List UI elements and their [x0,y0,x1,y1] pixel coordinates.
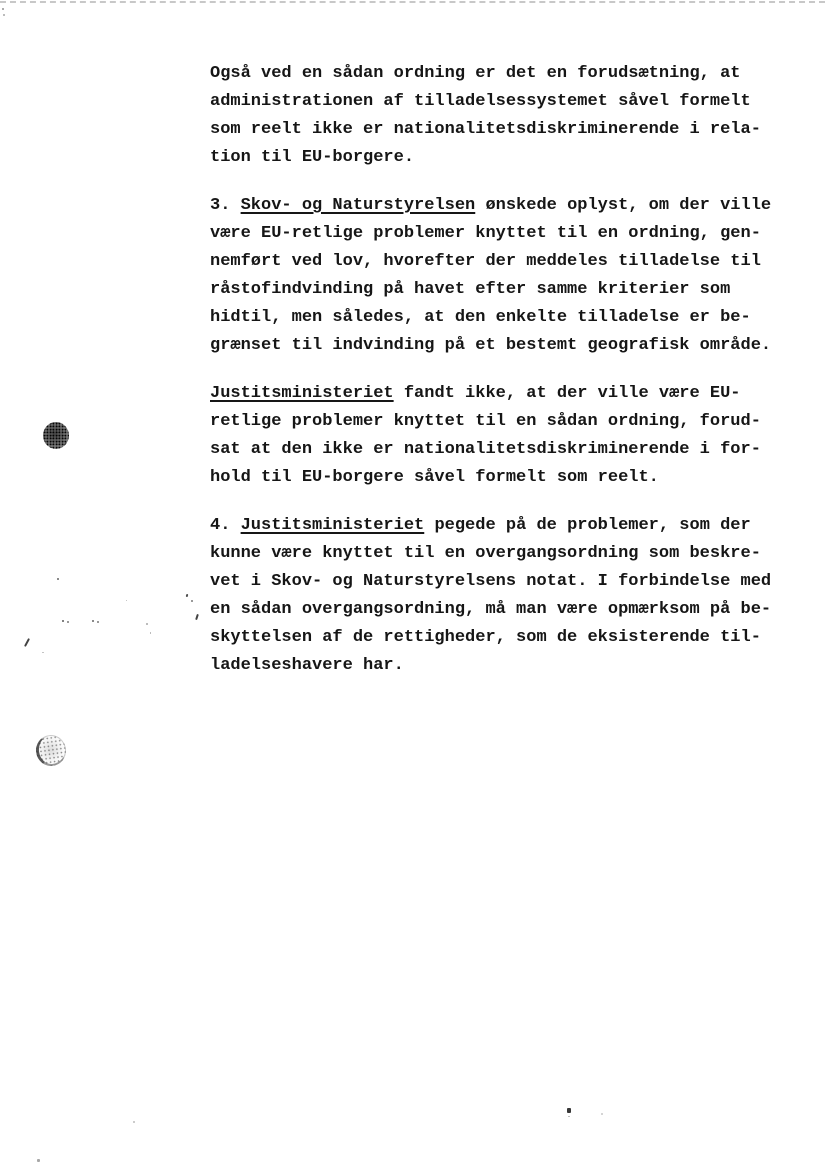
scanned-document-page: { "page": { "kind": "scanned typewritten… [0,0,825,1168]
text-line: som reelt ikke er nationalitetsdiskrimin… [210,116,785,144]
text-line: kunne være knyttet til en overgangsordni… [210,540,785,568]
underlined-term: Justitsministeriet [241,516,425,535]
text-line: råstofindvinding på havet efter samme kr… [210,276,785,304]
text-line: skyttelsen af de rettigheder, som de eks… [210,624,785,652]
text-line: retlige problemer knyttet til en sådan o… [210,408,785,436]
text-line: en sådan overgangsordning, må man være o… [210,596,785,624]
scan-speck [568,1116,570,1117]
scan-speck [97,621,99,623]
scan-speck [24,638,30,647]
paragraph: 3. Skov- og Naturstyrelsen ønskede oplys… [210,192,785,360]
scan-speck [67,621,69,623]
scan-speck [146,623,148,625]
scan-speck [92,620,94,622]
text-line: administrationen af tilladelsessystemet … [210,88,785,116]
underlined-term: Justitsministeriet [210,384,394,403]
ink-blot-dark [43,422,69,449]
scan-speck [150,632,151,634]
text-line: være EU-retlige problemer knyttet til en… [210,220,785,248]
scan-speck [3,14,5,16]
paragraph: 4. Justitsministeriet pegede på de probl… [210,512,785,680]
scan-edge-artifact [0,1,825,3]
paragraph: Også ved en sådan ordning er det en foru… [210,60,785,172]
scan-speck [37,1159,40,1162]
text-line: Justitsministeriet fandt ikke, at der vi… [210,380,785,408]
text-line: 4. Justitsministeriet pegede på de probl… [210,512,785,540]
scan-speck [567,1108,571,1113]
scan-speck [42,652,44,653]
text-line: hold til EU-borgere såvel formelt som re… [210,464,785,492]
scan-speck [601,1113,603,1115]
paragraph: Justitsministeriet fandt ikke, at der vi… [210,380,785,492]
text-line: Også ved en sådan ordning er det en foru… [210,60,785,88]
underlined-term: Skov- og Naturstyrelsen [241,196,476,215]
text-line: vet i Skov- og Naturstyrelsens notat. I … [210,568,785,596]
scan-speck [186,594,189,597]
scan-speck [133,1121,135,1123]
text-line: tion til EU-borgere. [210,144,785,172]
scan-speck [191,600,193,602]
text-line: hidtil, men således, at den enkelte till… [210,304,785,332]
scan-speck [126,600,127,601]
text-line: sat at den ikke er nationalitetsdiskrimi… [210,436,785,464]
scan-speck [62,620,64,622]
ink-blot-light [34,733,68,768]
text-line: grænset til indvinding på et bestemt geo… [210,332,785,360]
text-line: ladelseshavere har. [210,652,785,680]
document-text-block: Også ved en sådan ordning er det en foru… [210,60,785,700]
scan-speck [195,614,199,620]
scan-speck [57,578,59,580]
text-line: nemført ved lov, hvorefter der meddeles … [210,248,785,276]
text-line: 3. Skov- og Naturstyrelsen ønskede oplys… [210,192,785,220]
scan-speck [2,8,4,10]
